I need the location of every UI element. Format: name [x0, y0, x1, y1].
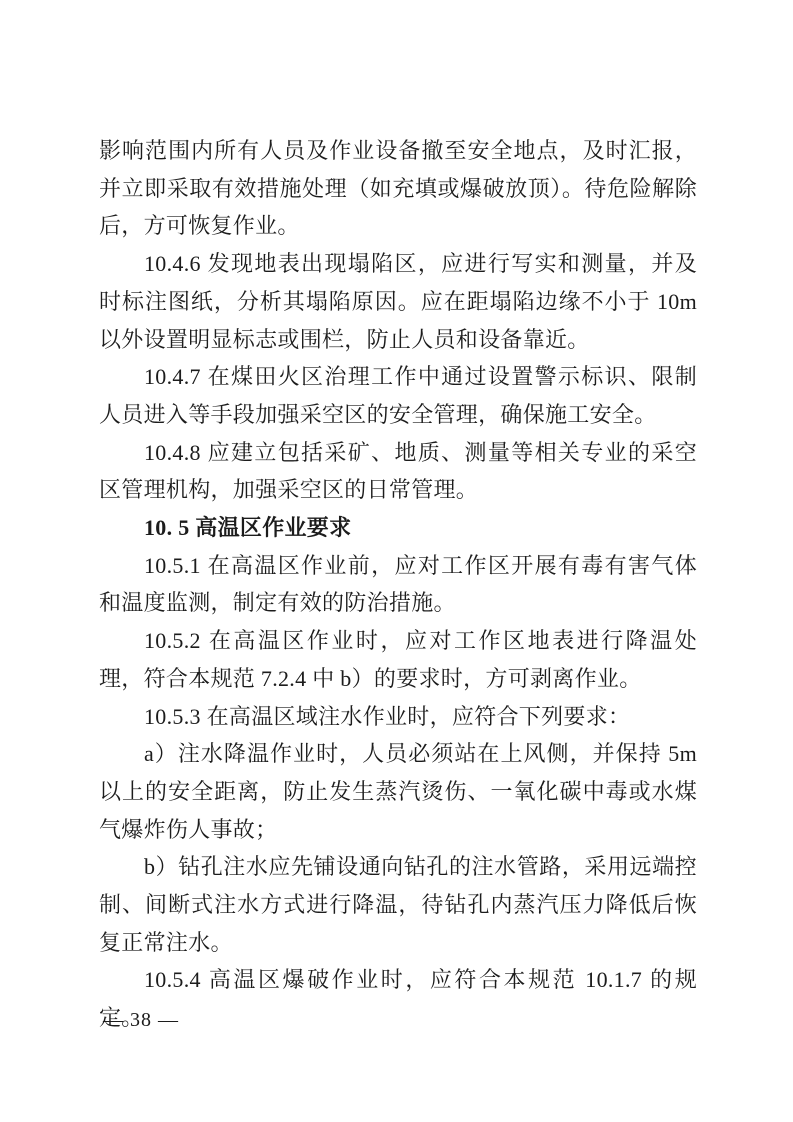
- clause-10-5-2: 10.5.2 在高温区作业时，应对工作区地表进行降温处理，符合本规范 7.2.4…: [99, 622, 697, 697]
- clause-10-4-8: 10.4.8 应建立包括采矿、地质、测量等相关专业的采空区管理机构，加强采空区的…: [99, 434, 697, 509]
- list-item-a: a）注水降温作业时，人员必须站在上风侧，并保持 5m 以上的安全距离，防止发生蒸…: [99, 735, 697, 848]
- list-item-b: b）钻孔注水应先铺设通向钻孔的注水管路，采用远端控制、间断式注水方式进行降温，待…: [99, 848, 697, 961]
- document-body: 影响范围内所有人员及作业设备撤至安全地点，及时汇报，并立即采取有效措施处理（如充…: [99, 132, 697, 1037]
- continuation-paragraph: 影响范围内所有人员及作业设备撤至安全地点，及时汇报，并立即采取有效措施处理（如充…: [99, 132, 697, 245]
- document-page: 影响范围内所有人员及作业设备撤至安全地点，及时汇报，并立即采取有效措施处理（如充…: [0, 0, 793, 1122]
- clause-10-4-7: 10.4.7 在煤田火区治理工作中通过设置警示标识、限制人员进入等手段加强采空区…: [99, 358, 697, 433]
- section-heading-10-5: 10. 5 高温区作业要求: [99, 509, 697, 547]
- page-number: — 38 —: [103, 1005, 179, 1035]
- clause-10-4-6: 10.4.6 发现地表出现塌陷区，应进行写实和测量，并及时标注图纸，分析其塌陷原…: [99, 245, 697, 358]
- clause-10-5-1: 10.5.1 在高温区作业前，应对工作区开展有毒有害气体和温度监测，制定有效的防…: [99, 547, 697, 622]
- clause-10-5-3: 10.5.3 在高温区域注水作业时，应符合下列要求：: [99, 698, 697, 736]
- clause-10-5-4: 10.5.4 高温区爆破作业时，应符合本规范 10.1.7 的规定。: [99, 961, 697, 1036]
